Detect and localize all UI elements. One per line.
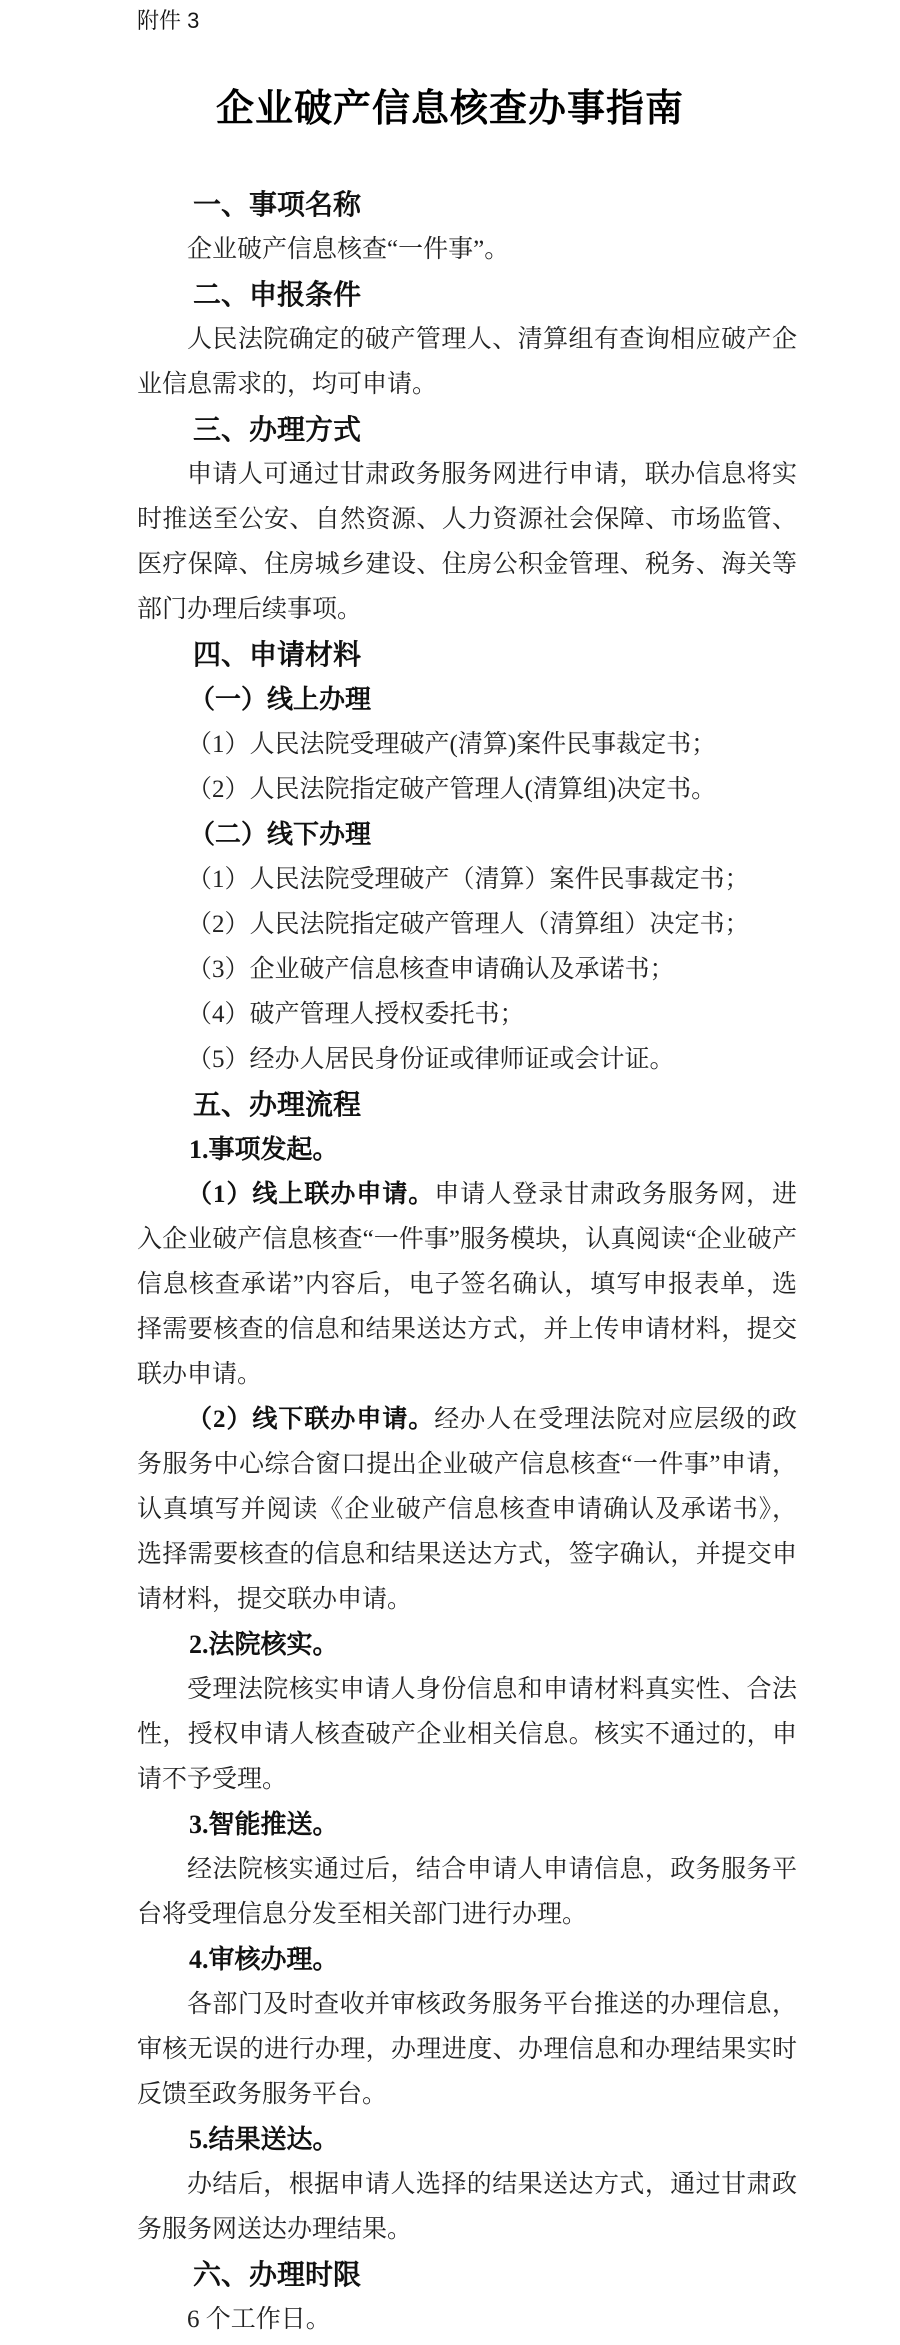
paragraph: （1）线上联办申请。申请人登录甘肃政务服务网，进入企业破产信息核查“一件事”服务… xyxy=(137,1172,797,1397)
section-heading-6: 六、办理时限 xyxy=(137,2252,797,2297)
step-label: 4.审核办理。 xyxy=(137,1937,797,1982)
paragraph: 各部门及时查收并审核政务服务平台推送的办理信息，审核无误的进行办理，办理进度、办… xyxy=(137,1982,797,2117)
paragraph: 企业破产信息核查“一件事”。 xyxy=(137,227,797,272)
step-label: 5.结果送达。 xyxy=(137,2117,797,2162)
paragraph: 受理法院核实申请人身份信息和申请材料真实性、合法性，授权申请人核查破产企业相关信… xyxy=(137,1667,797,1802)
material-item: （1）人民法院受理破产（清算）案件民事裁定书； xyxy=(137,857,797,902)
section-heading-2: 二、申报条件 xyxy=(137,272,797,317)
paragraph: 申请人可通过甘肃政务服务网进行申请，联办信息将实时推送至公安、自然资源、人力资源… xyxy=(137,452,797,632)
sub-heading: （一）线上办理 xyxy=(137,677,797,722)
paragraph: 办结后，根据申请人选择的结果送达方式，通过甘肃政务服务网送达办理结果。 xyxy=(137,2162,797,2252)
section-heading-5: 五、办理流程 xyxy=(137,1082,797,1127)
paragraph: 人民法院确定的破产管理人、清算组有查询相应破产企业信息需求的，均可申请。 xyxy=(137,317,797,407)
paragraph-text: 申请人登录甘肃政务服务网，进入企业破产信息核查“一件事”服务模块，认真阅读“企业… xyxy=(137,1181,797,1388)
material-item: （3）企业破产信息核查申请确认及承诺书； xyxy=(137,947,797,992)
sub-heading: （二）线下办理 xyxy=(137,812,797,857)
paragraph-lead: （2）线下联办申请。 xyxy=(187,1406,434,1433)
step-label: 1.事项发起。 xyxy=(137,1127,797,1172)
material-item: （1）人民法院受理破产(清算)案件民事裁定书； xyxy=(137,722,797,767)
attachment-label: 附件 3 xyxy=(137,0,900,36)
material-item: （2）人民法院指定破产管理人(清算组)决定书。 xyxy=(137,767,797,812)
material-item: （5）经办人居民身份证或律师证或会计证。 xyxy=(137,1037,797,1082)
paragraph: （2）线下联办申请。经办人在受理法院对应层级的政务服务中心综合窗口提出企业破产信… xyxy=(137,1397,797,1622)
paragraph: 6 个工作日。 xyxy=(137,2297,797,2342)
section-heading-1: 一、事项名称 xyxy=(137,182,797,227)
section-heading-3: 三、办理方式 xyxy=(137,407,797,452)
section-heading-4: 四、申请材料 xyxy=(137,632,797,677)
step-label: 2.法院核实。 xyxy=(137,1622,797,1667)
paragraph: 经法院核实通过后，结合申请人申请信息，政务服务平台将受理信息分发至相关部门进行办… xyxy=(137,1847,797,1937)
step-label: 3.智能推送。 xyxy=(137,1802,797,1847)
paragraph-lead: （1）线上联办申请。 xyxy=(187,1181,434,1208)
material-item: （2）人民法院指定破产管理人（清算组）决定书； xyxy=(137,902,797,947)
material-item: （4）破产管理人授权委托书； xyxy=(137,992,797,1037)
document-body: 一、事项名称企业破产信息核查“一件事”。二、申报条件人民法院确定的破产管理人、清… xyxy=(0,182,900,2342)
paragraph-text: 经办人在受理法院对应层级的政务服务中心综合窗口提出企业破产信息核查“一件事”申请… xyxy=(137,1406,797,1613)
document-page: 附件 3 企业破产信息核查办事指南 一、事项名称企业破产信息核查“一件事”。二、… xyxy=(0,0,900,2345)
page-title: 企业破产信息核查办事指南 xyxy=(0,88,900,130)
